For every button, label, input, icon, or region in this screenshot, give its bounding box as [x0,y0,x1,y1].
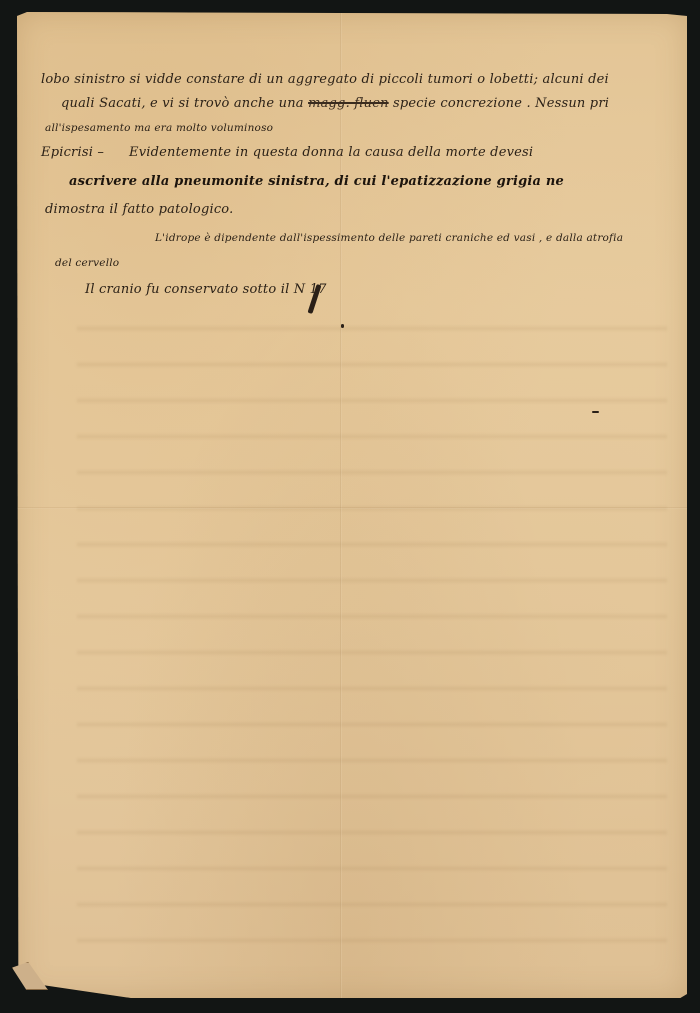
manuscript-page: lobo sinistro si vidde constare di un ag… [17,12,687,998]
horizontal-fold-line [17,507,687,509]
bleed-through-text [77,312,667,952]
text-segment: quali Sacati, e vi si trovò anche una [61,96,304,111]
ink-spot [341,324,344,328]
text-line: quali Sacati, e vi si trovò anche una ma… [61,96,609,111]
scan-frame: lobo sinistro si vidde constare di un ag… [0,0,700,1013]
epicrisis-heading: Epicrisi – [41,145,104,160]
struck-through-text: magg. fluen [308,96,389,111]
specimen-note: Il cranio fu conservato sotto il N 17 [85,282,327,297]
text-line: dimostra il fatto patologico. [45,202,233,217]
text-line: Evidentemente in questa donna la causa d… [129,145,533,160]
text-segment: specie concrezione . Nessun pri [393,96,609,111]
text-line: L'idrope è dipendente dall'ispessimento … [155,232,623,244]
text-line: ascrivere alla pneumonite sinistra, di c… [69,174,564,189]
text-line: lobo sinistro si vidde constare di un ag… [41,72,609,87]
ink-spot [592,411,599,413]
text-line: del cervello [55,257,119,269]
text-line: all'ispesamento ma era molto voluminoso [45,122,273,134]
text-segment: ascrivere alla pneumonite sinistra, di c… [69,174,564,189]
